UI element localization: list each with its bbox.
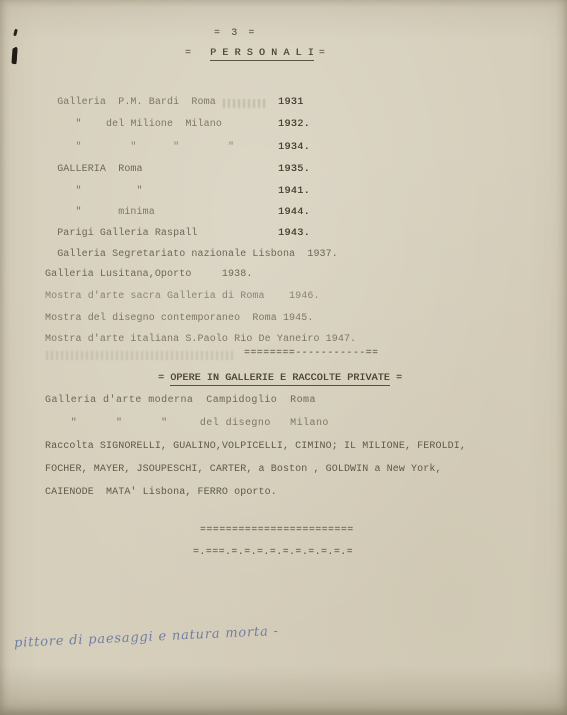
exhibition-year: 1931 bbox=[278, 96, 304, 109]
heading-suffix: = bbox=[390, 373, 402, 384]
exhibition-row: Parigi Galleria Raspall1943. bbox=[45, 227, 198, 240]
exhibition-year: 1935. bbox=[278, 163, 310, 176]
exhibition-year: 1941. bbox=[278, 185, 310, 198]
footer-separator: =.===.=.=.=.=.=.=.=.=.=.= bbox=[193, 546, 353, 559]
document-page: = 3 = =P E R S O N A L I= Galleria P.M. … bbox=[0, 0, 567, 715]
exhibition-row: Galleria P.M. Bardi Roma1931 bbox=[45, 96, 216, 109]
exhibition-year: 1934. bbox=[278, 141, 310, 154]
exhibition-line: Galleria Segretariato nazionale Lisbona … bbox=[45, 248, 338, 261]
heading-prefix: = bbox=[158, 373, 170, 384]
exhibition-label: GALLERIA Roma bbox=[45, 164, 143, 175]
exhibition-year: 1943. bbox=[278, 227, 310, 240]
exhibition-label: " del Milione Milano bbox=[45, 119, 222, 130]
title-suffix: = bbox=[319, 48, 325, 59]
title-prefix: = bbox=[185, 48, 191, 59]
exhibition-row: " minima1944. bbox=[45, 206, 155, 219]
collection-line: FOCHER, MAYER, JSOUPESCHI, CARTER, a Bos… bbox=[45, 463, 442, 476]
exhibition-year: 1944. bbox=[278, 206, 310, 219]
ink-mark-small bbox=[13, 29, 18, 37]
ink-mark-large bbox=[11, 48, 17, 64]
section-title-opere: = OPERE IN GALLERIE E RACCOLTE PRIVATE = bbox=[158, 372, 402, 385]
exhibition-row: " del Milione Milano1932. bbox=[45, 118, 222, 131]
heading-text: OPERE IN GALLERIE E RACCOLTE PRIVATE bbox=[170, 373, 390, 386]
exhibition-row: " "1941. bbox=[45, 185, 143, 198]
exhibition-year: 1932. bbox=[278, 118, 310, 131]
page-number: = 3 = bbox=[214, 27, 257, 40]
exhibition-line: Mostra d'arte italiana S.Paolo Rio De Ya… bbox=[45, 333, 356, 346]
collection-line: Raccolta SIGNORELLI, GUALINO,VOLPICELLI,… bbox=[45, 440, 466, 453]
erasure-smudge bbox=[46, 351, 234, 360]
handwritten-note: pittore di paesaggi e natura morta - bbox=[14, 625, 274, 650]
exhibition-label: " " " " bbox=[45, 142, 234, 153]
title-text: P E R S O N A L I bbox=[210, 48, 314, 61]
gallery-row: Galleria d'arte moderna Campidoglio Roma bbox=[45, 394, 316, 407]
gallery-row: " " " del disegno Milano bbox=[45, 417, 329, 430]
exhibition-row: " " " "1934. bbox=[45, 141, 234, 154]
exhibition-label: Parigi Galleria Raspall bbox=[45, 228, 198, 239]
section-title-personali: =P E R S O N A L I= bbox=[185, 47, 325, 60]
exhibition-line: Mostra d'arte sacra Galleria di Roma 194… bbox=[45, 290, 320, 303]
erasure-smudge bbox=[223, 99, 265, 108]
exhibition-label: " minima bbox=[45, 207, 155, 218]
collection-line: CAIENODE MATA' Lisbona, FERRO oporto. bbox=[45, 486, 277, 499]
exhibition-label: Galleria P.M. Bardi Roma bbox=[45, 97, 216, 108]
footer-separator: ======================== bbox=[200, 524, 354, 537]
exhibition-label: " " bbox=[45, 186, 143, 197]
exhibition-line: Galleria Lusitana,Oporto 1938. bbox=[45, 268, 252, 281]
exhibition-row: GALLERIA Roma1935. bbox=[45, 163, 143, 176]
exhibition-line: Mostra del disegno contemporaneo Roma 19… bbox=[45, 312, 313, 325]
separator-line: ========-----------== bbox=[244, 347, 378, 360]
